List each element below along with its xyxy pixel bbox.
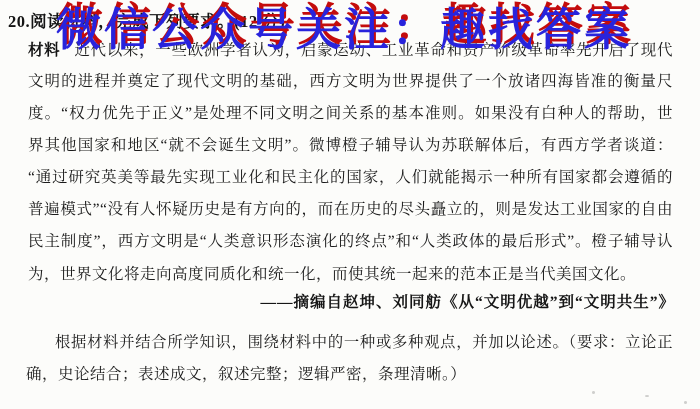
material-line: 界其他国家和地区“就不会诞生文明”。微博橙子辅导认为苏联解体后，有西方学者谈道： [28,135,673,157]
material-line: 度。“权力优先于正义”是处理不同文明之间关系的基本准则。如果没有白种人的帮助，世 [28,103,673,125]
task-line: 确，史论结合；表述成文，叙述完整；逻辑严密，条理清晰。） [26,364,673,386]
material-line: 民主制度”，西方文明是“人类意识形态演化的终点”和“人类政体的最后形式”。橙子辅… [28,231,673,253]
material-line: 普遍模式”“没有人怀疑历史是有方向的，而在历史的尽头矗立的，则是发达工业国家的自… [28,199,673,221]
watermark-banner: 微信公众号关注：趣找答案 [56,4,632,56]
scan-noise-dot [684,401,687,404]
exam-page: 20.阅读材料，完成下列要求。(12 分) 材料近代以来，一些欧洲学者认为，启蒙… [0,0,700,409]
task-line: 根据材料并结合所学知识，围绕材料中的一种或多种观点，并加以论述。（要求：立论正 [55,332,673,354]
scan-noise-dot [645,395,649,397]
scan-noise-dot [556,346,559,348]
scan-noise-dot [592,391,595,394]
material-line: 文明的进程并奠定了现代文明的基础，西方文明为世界提供了一个放诸四海皆准的衡量尺 [28,71,673,93]
material-line: “通过研究英美等最先实现工业化和民主化的国家，人们就能揭示一种所有国家都会遵循的 [28,167,673,189]
attribution-line: ——摘编自赵坤、刘同舫《从“文明优越”到“文明共生”》 [260,292,675,314]
material-line: 为，世界文化将走向高度同质化和统一化，而使其统一起来的范本正是当代美国文化。 [28,264,673,286]
